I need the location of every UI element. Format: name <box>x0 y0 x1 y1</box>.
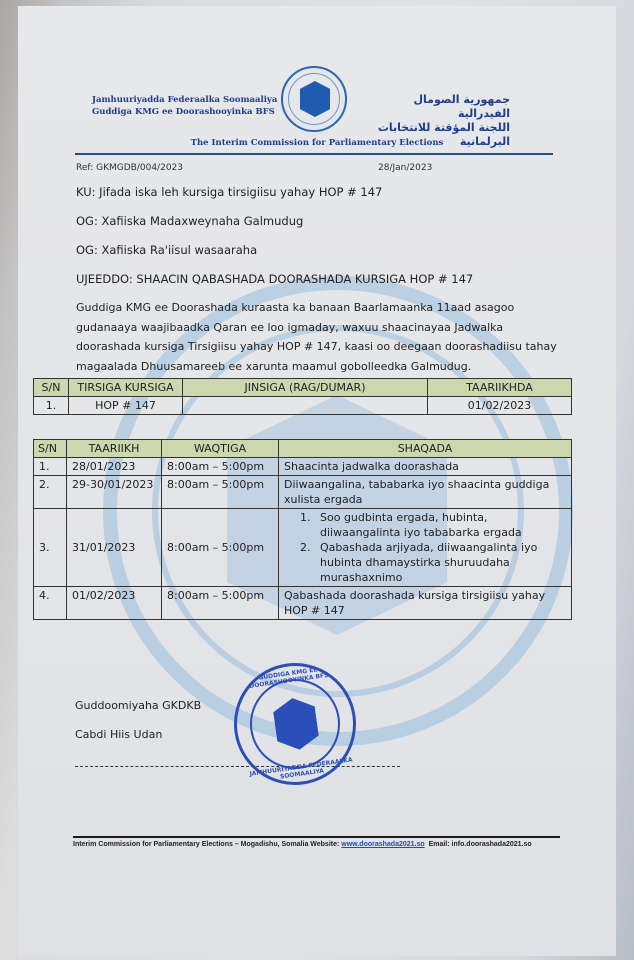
cell-date: 28/01/2023 <box>67 458 162 476</box>
footer-text: Interim Commission for Parliamentary Ele… <box>73 841 341 848</box>
table-row: 1. HOP # 147 01/02/2023 <box>34 397 572 415</box>
website-link[interactable]: www.doorashada2021.so <box>341 841 424 848</box>
cell-time: 8:00am – 5:00pm <box>162 458 279 476</box>
ballot-box-emblem-icon <box>281 66 347 132</box>
cc-line-1: OG: Xafiiska Madaxweynaha Galmudug <box>76 214 303 228</box>
signatory-name: Cabdi Hiis Udan <box>75 728 162 741</box>
footer: Interim Commission for Parliamentary Ele… <box>73 841 532 848</box>
cell-date: 01/02/2023 <box>67 587 162 620</box>
letterhead-subtitle: The Interim Commission for Parliamentary… <box>0 138 634 148</box>
cell-sn: 2. <box>34 476 67 509</box>
cell-task: Soo gudbinta ergada, hubinta, diiwaangal… <box>279 509 572 587</box>
table-row: 4. 01/02/2023 8:00am – 5:00pm Qabashada … <box>34 587 572 620</box>
cell-task: Shaacinta jadwalka doorashada <box>279 458 572 476</box>
seat-col-gender: JINSIGA (RAG/DUMAR) <box>183 379 428 397</box>
task-item: Soo gudbinta ergada, hubinta, diiwaangal… <box>314 510 566 540</box>
table-row: 2. 29-30/01/2023 8:00am – 5:00pm Diiwaan… <box>34 476 572 509</box>
schedule-table: S/N TAARIIKH WAQTIGA SHAQADA 1. 28/01/20… <box>33 439 572 620</box>
cell-time: 8:00am – 5:00pm <box>162 476 279 509</box>
cc-line-2: OG: Xafiiska Ra'iisul wasaaraha <box>76 243 257 257</box>
letterhead-right-line1: جمهورية الصومال الفيدرالية <box>360 93 510 121</box>
cell-sn: 1. <box>34 458 67 476</box>
cell-sn: 4. <box>34 587 67 620</box>
subject-line: UJEEDDO: SHAACIN QABASHADA DOORASHADA KU… <box>76 272 473 286</box>
seat-col-sn: S/N <box>34 379 69 397</box>
footer-divider <box>73 836 560 838</box>
footer-email: Email: info.doorashada2021.so <box>429 841 532 848</box>
cell-task: Qabashada doorashada kursiga tirsigiisu … <box>279 587 572 620</box>
seat-col-number: TIRSIGA KURSIGA <box>69 379 183 397</box>
cell-task: Diiwaangalina, tababarka iyo shaacinta g… <box>279 476 572 509</box>
cell-date: 31/01/2023 <box>67 509 162 587</box>
cell-time: 8:00am – 5:00pm <box>162 587 279 620</box>
cell-gender <box>183 397 428 415</box>
recipient-line: KU: Jifada iska leh kursiga tirsigiisu y… <box>76 185 382 199</box>
table-row: 1. 28/01/2023 8:00am – 5:00pm Shaacinta … <box>34 458 572 476</box>
cell-seat: HOP # 147 <box>69 397 183 415</box>
schedule-col-task: SHAQADA <box>279 440 572 458</box>
letterhead-somali: Jamhuuriyadda Federaalka Soomaaliya Gudd… <box>92 94 277 118</box>
cell-date: 29-30/01/2023 <box>67 476 162 509</box>
task-item: Qabashada arjiyada, diiwaangalinta iyo h… <box>314 540 566 585</box>
signatory-title: Guddoomiyaha GKDKB <box>75 699 201 712</box>
letter-date: 28/Jan/2023 <box>378 163 432 173</box>
cell-date: 01/02/2023 <box>428 397 572 415</box>
schedule-col-time: WAQTIGA <box>162 440 279 458</box>
letterhead-left-line1: Jamhuuriyadda Federaalka Soomaaliya <box>92 94 277 106</box>
cell-sn: 1. <box>34 397 69 415</box>
table-row: 3. 31/01/2023 8:00am – 5:00pm Soo gudbin… <box>34 509 572 587</box>
seat-table: S/N TIRSIGA KURSIGA JINSIGA (RAG/DUMAR) … <box>33 378 572 415</box>
letterhead-left-line2: Guddiga KMG ee Doorashooyinka BFS <box>92 106 277 118</box>
header-divider <box>75 153 553 155</box>
schedule-col-sn: S/N <box>34 440 67 458</box>
seat-col-date: TAARIIKHDA <box>428 379 572 397</box>
reference-number: Ref: GKMGDB/004/2023 <box>76 163 183 173</box>
schedule-col-date: TAARIIKH <box>67 440 162 458</box>
body-paragraph: Guddiga KMG ee Doorashada kuraasta ka ba… <box>76 298 566 376</box>
cell-sn: 3. <box>34 509 67 587</box>
cell-time: 8:00am – 5:00pm <box>162 509 279 587</box>
